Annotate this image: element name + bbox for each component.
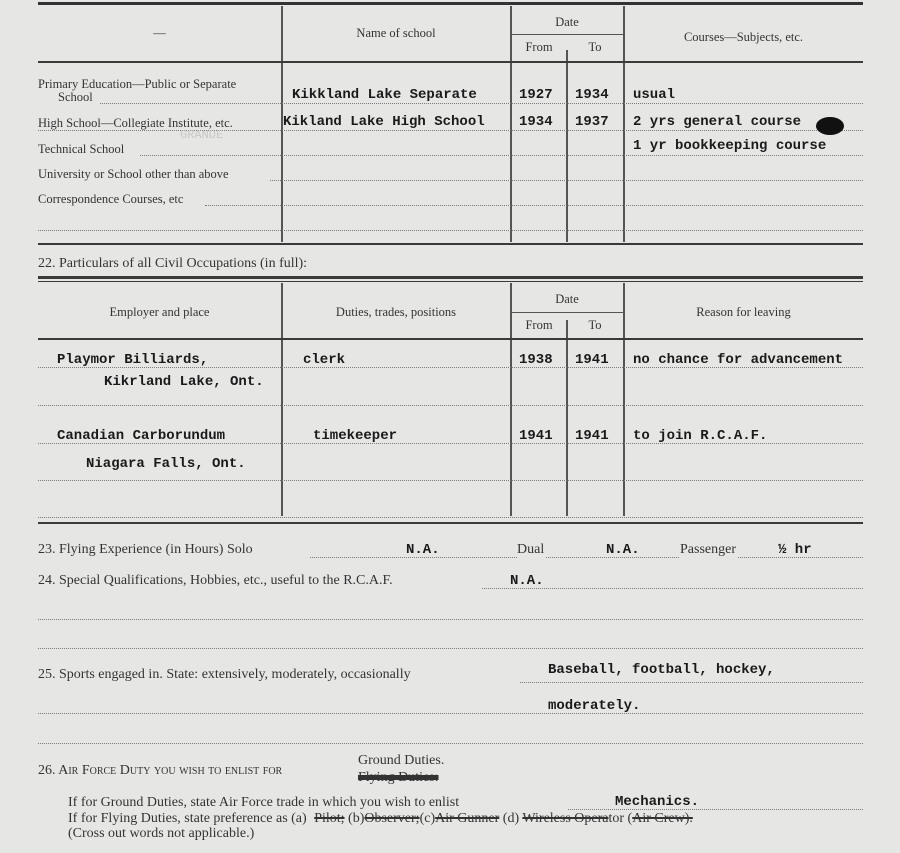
flying-solo-value: N.A. (406, 542, 440, 558)
row-label-correspondence: Correspondence Courses, etc (38, 192, 183, 207)
employer-2-to: 1941 (575, 428, 609, 444)
duty-label: 26. Air Force Duty you wish to enlist fo… (38, 763, 282, 779)
employer-1-name: Playmor Billiards, (57, 352, 208, 368)
row-line (100, 103, 863, 104)
header-to: To (567, 40, 623, 55)
table-bottom-rule (38, 522, 863, 524)
employer-2-from: 1941 (519, 428, 553, 444)
header-duties: Duties, trades, positions (282, 305, 510, 320)
row-line (38, 443, 863, 444)
row-line (38, 517, 863, 518)
header-school-name: Name of school (282, 26, 510, 41)
row-line (38, 130, 863, 131)
primary-to: 1934 (575, 87, 609, 103)
pref-air-crew: Air Crew). (632, 811, 693, 826)
sports-value-line1: Baseball, football, hockey, (548, 662, 775, 678)
row-line (38, 480, 863, 481)
header-to: To (567, 318, 623, 333)
primary-school-name: Kikkland Lake Separate (292, 87, 477, 103)
field-line (38, 713, 863, 714)
field-line (38, 743, 863, 744)
col-divider (566, 50, 568, 242)
high-school-from: 1934 (519, 114, 553, 130)
duty-option-flying: Flying Duties: (358, 770, 439, 786)
row-line (38, 367, 863, 368)
header-from: From (511, 40, 567, 55)
sports-value-line2: moderately. (548, 698, 640, 714)
qualifications-label: 24. Special Qualifications, Hobbies, etc… (38, 573, 393, 589)
employer-1-place: Kikrland Lake, Ont. (104, 374, 264, 390)
employer-1-to: 1941 (575, 352, 609, 368)
header-date: Date (511, 15, 623, 30)
primary-from: 1927 (519, 87, 553, 103)
pref-observer: Observer; (364, 811, 419, 826)
header-rule (38, 338, 863, 340)
row-line (140, 155, 863, 156)
top-rule (38, 2, 863, 5)
flying-dual-label: Dual (517, 542, 546, 558)
header-employer: Employer and place (38, 305, 281, 320)
row-line (38, 405, 863, 406)
employer-1-duties: clerk (303, 352, 345, 368)
field-line (38, 648, 863, 649)
table-bottom-rule (38, 243, 863, 245)
row-line (38, 230, 863, 231)
faded-stamp: GRANDE (180, 128, 223, 142)
pref-pilot: Pilot; (314, 811, 344, 826)
flying-experience-label: 23. Flying Experience (in Hours) Solo (38, 542, 253, 558)
sports-label: 25. Sports engaged in. State: extensivel… (38, 667, 411, 683)
ground-trade-label: If for Ground Duties, state Air Force tr… (68, 795, 459, 811)
cross-out-note: (Cross out words not applicable.) (68, 826, 254, 842)
high-school-name: Kikland Lake High School (283, 114, 485, 130)
date-subrule (511, 312, 623, 313)
row-label-technical: Technical School (38, 142, 124, 157)
header-rule (38, 61, 863, 63)
pref-wireless-operator: Wireless Opera (522, 811, 608, 826)
flying-preference-line: If for Flying Duties, state preference a… (68, 811, 693, 827)
employer-2-duties: timekeeper (313, 428, 397, 444)
flying-passenger-label: Passenger (680, 542, 738, 558)
flying-passenger-value: ½ hr (778, 542, 812, 558)
field-line (520, 682, 863, 683)
ground-trade-value: Mechanics. (615, 794, 699, 810)
employer-2-reason: to join R.C.A.F. (633, 428, 767, 444)
row-label-university: University or School other than above (38, 167, 229, 182)
occupations-title: 22. Particulars of all Civil Occupations… (38, 256, 307, 272)
high-school-courses: 2 yrs general course (633, 114, 801, 130)
header-courses: Courses—Subjects, etc. (624, 30, 863, 45)
technical-courses: 1 yr bookkeeping course (633, 138, 826, 154)
high-school-to: 1937 (575, 114, 609, 130)
employer-2-place: Niagara Falls, Ont. (86, 456, 246, 472)
row-line (270, 180, 863, 181)
employer-1-reason: no chance for advancement (633, 352, 843, 368)
employer-1-from: 1938 (519, 352, 553, 368)
field-line (38, 619, 863, 620)
header-reason: Reason for leaving (624, 305, 863, 320)
flying-dual-value: N.A. (606, 542, 640, 558)
duty-option-ground: Ground Duties. (358, 753, 444, 769)
header-from: From (511, 318, 567, 333)
occupations-top-rule (38, 276, 863, 279)
header-date: Date (511, 292, 623, 307)
primary-courses: usual (633, 87, 675, 103)
occupations-top-rule-thin (38, 281, 863, 282)
header-category: — (38, 26, 281, 41)
employer-2-name: Canadian Carborundum (57, 428, 225, 444)
field-line (568, 809, 863, 810)
qualifications-value: N.A. (510, 573, 544, 589)
ink-blot (816, 117, 844, 135)
row-label-primary: Primary Education—Public or Separate Sch… (38, 78, 236, 104)
row-line (205, 205, 863, 206)
col-divider (566, 320, 568, 516)
date-subrule (511, 34, 623, 35)
pref-air-gunner: Air Gunner (435, 811, 499, 826)
